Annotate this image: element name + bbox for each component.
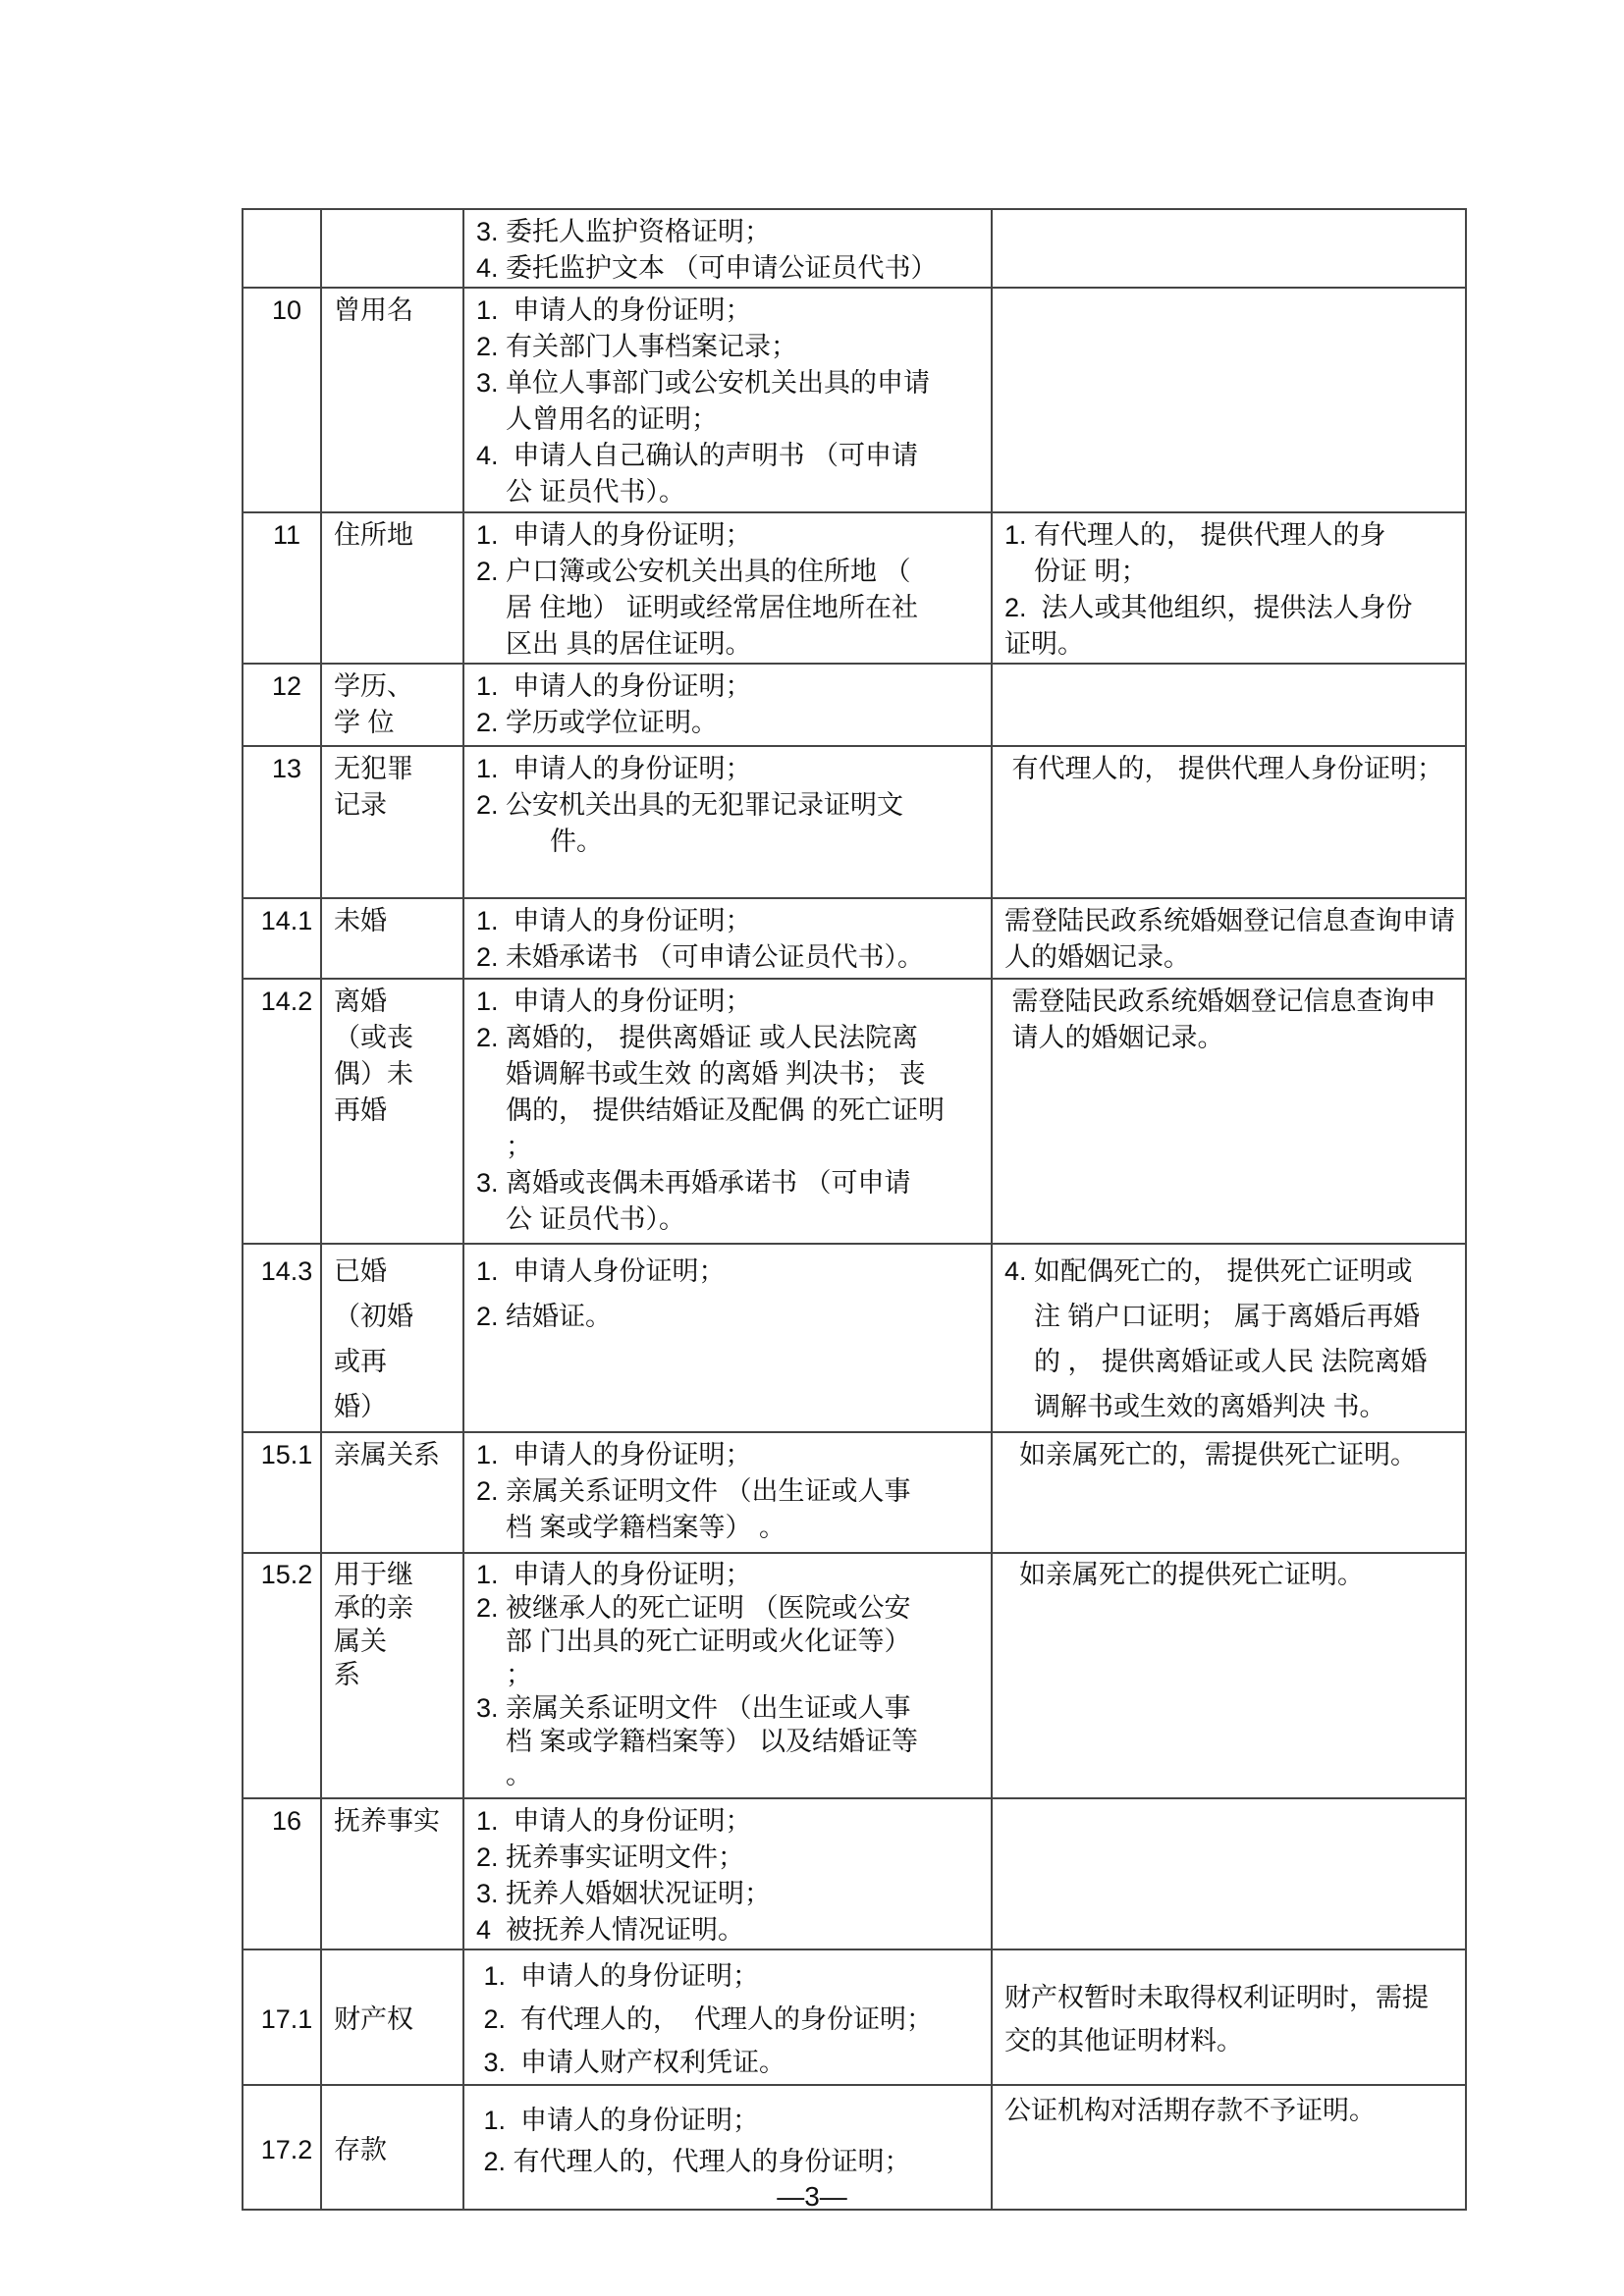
table-row: 14.1 未婚 1. 申请人的身份证明； 2. 未婚承诺书 （可申请公证员代书）…: [243, 898, 1466, 979]
item-cell: 未婚: [321, 898, 463, 979]
remarks-cell: 财产权暂时未取得权利证明时，需提 交的其他证明材料。: [992, 1949, 1466, 2085]
materials-cell: 1. 申请人的身份证明； 2. 离婚的， 提供离婚证 或人民法院离 婚调解书或生…: [463, 979, 992, 1244]
materials-cell: 1. 申请人的身份证明； 2. 被继承人的死亡证明 （医院或公安 部 门出具的死…: [463, 1553, 992, 1798]
remarks-cell: 如亲属死亡的提供死亡证明。: [992, 1553, 1466, 1798]
notary-materials-table: 3. 委托人监护资格证明； 4. 委托监护文本 （可申请公证员代书） 10 曾用…: [242, 208, 1467, 2211]
row-number-cell: 16: [243, 1798, 321, 1949]
table-row: 3. 委托人监护资格证明； 4. 委托监护文本 （可申请公证员代书）: [243, 209, 1466, 288]
materials-cell: 1. 申请人的身份证明； 2. 户口簿或公安机关出具的住所地 （ 居 住地） 证…: [463, 512, 992, 664]
remarks-cell: 有代理人的， 提供代理人身份证明；: [992, 746, 1466, 898]
remarks-cell: [992, 1798, 1466, 1949]
materials-cell: 1. 申请人的身份证明； 2. 学历或学位证明。: [463, 664, 992, 746]
materials-cell: 1. 申请人的身份证明； 2. 抚养事实证明文件； 3. 抚养人婚姻状况证明； …: [463, 1798, 992, 1949]
table-row: 14.3 已婚 （初婚 或再 婚） 1. 申请人身份证明； 2. 结婚证。 4.…: [243, 1244, 1466, 1432]
remarks-cell: 需登陆民政系统婚姻登记信息查询申 请人的婚姻记录。: [992, 979, 1466, 1244]
item-cell: 学历、 学 位: [321, 664, 463, 746]
table-row: 17.1 财产权 1. 申请人的身份证明； 2. 有代理人的， 代理人的身份证明…: [243, 1949, 1466, 2085]
item-cell: 无犯罪 记录: [321, 746, 463, 898]
materials-cell: 3. 委托人监护资格证明； 4. 委托监护文本 （可申请公证员代书）: [463, 209, 992, 288]
remarks-cell: 4. 如配偶死亡的， 提供死亡证明或 注 销户口证明； 属于离婚后再婚 的 ， …: [992, 1244, 1466, 1432]
remarks-cell: [992, 664, 1466, 746]
materials-cell: 1. 申请人的身份证明； 2. 亲属关系证明文件 （出生证或人事 档 案或学籍档…: [463, 1432, 992, 1553]
row-number-cell: 17.1: [243, 1949, 321, 2085]
row-number-cell: 15.1: [243, 1432, 321, 1553]
table-row: 13 无犯罪 记录 1. 申请人的身份证明； 2. 公安机关出具的无犯罪记录证明…: [243, 746, 1466, 898]
row-number-cell: 15.2: [243, 1553, 321, 1798]
remarks-cell: [992, 209, 1466, 288]
row-number-cell: 13: [243, 746, 321, 898]
table-row: 14.2 离婚 （或丧 偶）未 再婚 1. 申请人的身份证明； 2. 离婚的， …: [243, 979, 1466, 1244]
materials-cell: 1. 申请人的身份证明； 2. 公安机关出具的无犯罪记录证明文 件。: [463, 746, 992, 898]
item-cell: 曾用名: [321, 288, 463, 512]
item-cell: 抚养事实: [321, 1798, 463, 1949]
item-cell: 住所地: [321, 512, 463, 664]
table-row: 15.1 亲属关系 1. 申请人的身份证明； 2. 亲属关系证明文件 （出生证或…: [243, 1432, 1466, 1553]
item-cell: 已婚 （初婚 或再 婚）: [321, 1244, 463, 1432]
document-page: 3. 委托人监护资格证明； 4. 委托监护文本 （可申请公证员代书） 10 曾用…: [0, 0, 1624, 2296]
item-cell: 财产权: [321, 1949, 463, 2085]
remarks-cell: 需登陆民政系统婚姻登记信息查询申请 人的婚姻记录。: [992, 898, 1466, 979]
item-cell: 离婚 （或丧 偶）未 再婚: [321, 979, 463, 1244]
row-number-cell: 14.1: [243, 898, 321, 979]
materials-cell: 1. 申请人身份证明； 2. 结婚证。: [463, 1244, 992, 1432]
table-row: 10 曾用名 1. 申请人的身份证明； 2. 有关部门人事档案记录； 3. 单位…: [243, 288, 1466, 512]
remarks-cell: 1. 有代理人的， 提供代理人的身 份证 明； 2. 法人或其他组织，提供法人身…: [992, 512, 1466, 664]
row-number-cell: [243, 209, 321, 288]
row-number-cell: 14.2: [243, 979, 321, 1244]
row-number-cell: 10: [243, 288, 321, 512]
remarks-cell: [992, 288, 1466, 512]
materials-cell: 1. 申请人的身份证明； 2. 未婚承诺书 （可申请公证员代书）。: [463, 898, 992, 979]
row-number-cell: 11: [243, 512, 321, 664]
remarks-cell: 如亲属死亡的，需提供死亡证明。: [992, 1432, 1466, 1553]
item-cell: 亲属关系: [321, 1432, 463, 1553]
row-number-cell: 14.3: [243, 1244, 321, 1432]
materials-cell: 1. 申请人的身份证明； 2. 有代理人的， 代理人的身份证明； 3. 申请人财…: [463, 1949, 992, 2085]
table-row: 15.2 用于继 承的亲 属关 系 1. 申请人的身份证明； 2. 被继承人的死…: [243, 1553, 1466, 1798]
item-cell: 用于继 承的亲 属关 系: [321, 1553, 463, 1798]
row-number-cell: 12: [243, 664, 321, 746]
item-cell: [321, 209, 463, 288]
table-row: 12 学历、 学 位 1. 申请人的身份证明； 2. 学历或学位证明。: [243, 664, 1466, 746]
table-row: 16 抚养事实 1. 申请人的身份证明； 2. 抚养事实证明文件； 3. 抚养人…: [243, 1798, 1466, 1949]
table-row: 11 住所地 1. 申请人的身份证明； 2. 户口簿或公安机关出具的住所地 （ …: [243, 512, 1466, 664]
materials-cell: 1. 申请人的身份证明； 2. 有关部门人事档案记录； 3. 单位人事部门或公安…: [463, 288, 992, 512]
page-number: —3—: [0, 2181, 1624, 2213]
